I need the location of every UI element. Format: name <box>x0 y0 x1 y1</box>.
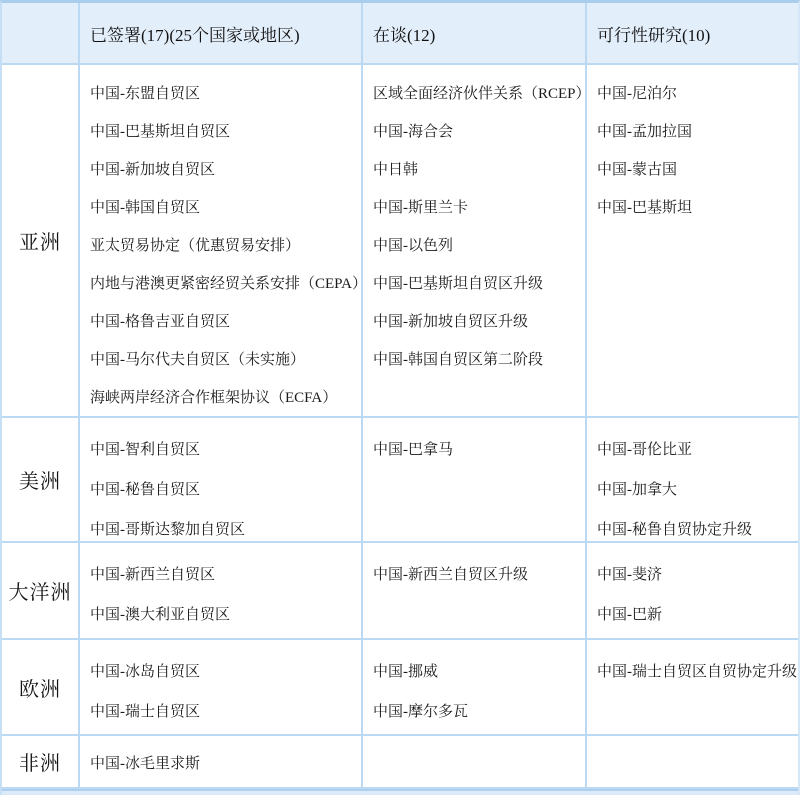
negotiating-cell-asia: 区域全面经济伙伴关系（RCEP） 中国-海合会 中日韩 中国-斯里兰卡 中国-以… <box>363 65 587 416</box>
feasibility-cell-oceania: 中国-斐济 中国-巴新 <box>587 543 798 638</box>
fta-item: 中国-孟加拉国 <box>597 111 794 149</box>
fta-item: 中国-新西兰自贸区升级 <box>373 553 581 593</box>
fta-item: 中国-智利自贸区 <box>90 428 357 468</box>
region-row-oceania: 大洋洲 中国-新西兰自贸区 中国-澳大利亚自贸区 中国-新西兰自贸区升级 中国-… <box>2 543 798 640</box>
fta-item: 中国-新加坡自贸区 <box>90 149 357 187</box>
header-row: 已签署(17)(25个国家或地区) 在谈(12) 可行性研究(10) <box>2 3 798 65</box>
feasibility-cell-europe: 中国-瑞士自贸区自贸协定升级 <box>587 640 798 734</box>
feasibility-cell-africa <box>587 736 798 787</box>
fta-item: 中国-瑞士自贸区自贸协定升级 <box>597 650 794 690</box>
fta-item: 中国-新西兰自贸区 <box>90 553 357 593</box>
negotiating-cell-europe: 中国-挪威 中国-摩尔多瓦 <box>363 640 587 734</box>
fta-item: 内地与港澳更紧密经贸关系安排（CEPA） <box>90 263 357 301</box>
fta-item: 中国-新加坡自贸区升级 <box>373 301 581 339</box>
fta-item: 中国-哥斯达黎加自贸区 <box>90 508 357 541</box>
negotiating-cell-americas: 中国-巴拿马 <box>363 418 587 541</box>
fta-item: 中国-斐济 <box>597 553 794 593</box>
fta-item: 中国-巴拿马 <box>373 428 581 468</box>
region-label-oceania: 大洋洲 <box>2 543 80 638</box>
fta-item: 中国-挪威 <box>373 650 581 690</box>
region-row-europe: 欧洲 中国-冰岛自贸区 中国-瑞士自贸区 中国-挪威 中国-摩尔多瓦 中国-瑞士… <box>2 640 798 736</box>
fta-item: 中国-以色列 <box>373 225 581 263</box>
signed-cell-americas: 中国-智利自贸区 中国-秘鲁自贸区 中国-哥斯达黎加自贸区 <box>80 418 363 541</box>
region-label-asia: 亚洲 <box>2 65 80 416</box>
fta-item: 中国-巴基斯坦自贸区升级 <box>373 263 581 301</box>
fta-item: 中国-巴新 <box>597 593 794 633</box>
fta-item: 中国-秘鲁自贸协定升级 <box>597 508 794 541</box>
fta-item: 中国-斯里兰卡 <box>373 187 581 225</box>
region-label-americas: 美洲 <box>2 418 80 541</box>
fta-item: 中国-澳大利亚自贸区 <box>90 593 357 633</box>
fta-item: 中国-加拿大 <box>597 468 794 508</box>
header-negotiating: 在谈(12) <box>363 3 587 63</box>
fta-item: 中国-马尔代夫自贸区（未实施） <box>90 339 357 377</box>
bottom-margin-strip <box>2 789 798 795</box>
fta-item: 海峡两岸经济合作框架协议（ECFA） <box>90 377 357 415</box>
fta-item: 中国-蒙古国 <box>597 149 794 187</box>
fta-item: 中国-冰毛里求斯 <box>90 742 357 782</box>
fta-item: 中国-尼泊尔 <box>597 73 794 111</box>
fta-item: 中国-格鲁吉亚自贸区 <box>90 301 357 339</box>
region-row-americas: 美洲 中国-智利自贸区 中国-秘鲁自贸区 中国-哥斯达黎加自贸区 中国-巴拿马 … <box>2 418 798 543</box>
header-region-cell <box>2 3 80 63</box>
signed-cell-asia: 中国-东盟自贸区 中国-巴基斯坦自贸区 中国-新加坡自贸区 中国-韩国自贸区 亚… <box>80 65 363 416</box>
header-signed: 已签署(17)(25个国家或地区) <box>80 3 363 63</box>
fta-item: 中国-韩国自贸区 <box>90 187 357 225</box>
fta-item: 中国-韩国自贸区第二阶段 <box>373 339 581 377</box>
fta-item: 中国-摩尔多瓦 <box>373 690 581 730</box>
feasibility-cell-americas: 中国-哥伦比亚 中国-加拿大 中国-秘鲁自贸协定升级 <box>587 418 798 541</box>
feasibility-cell-asia: 中国-尼泊尔 中国-孟加拉国 中国-蒙古国 中国-巴基斯坦 <box>587 65 798 416</box>
fta-status-table: 已签署(17)(25个国家或地区) 在谈(12) 可行性研究(10) 亚洲 中国… <box>0 0 800 795</box>
region-row-asia: 亚洲 中国-东盟自贸区 中国-巴基斯坦自贸区 中国-新加坡自贸区 中国-韩国自贸… <box>2 65 798 418</box>
fta-item: 中国-冰岛自贸区 <box>90 650 357 690</box>
signed-cell-europe: 中国-冰岛自贸区 中国-瑞士自贸区 <box>80 640 363 734</box>
fta-item: 中国-巴基斯坦自贸区 <box>90 111 357 149</box>
signed-cell-africa: 中国-冰毛里求斯 <box>80 736 363 787</box>
fta-item: 中国-海合会 <box>373 111 581 149</box>
negotiating-cell-africa <box>363 736 587 787</box>
fta-item: 中国-哥伦比亚 <box>597 428 794 468</box>
signed-cell-oceania: 中国-新西兰自贸区 中国-澳大利亚自贸区 <box>80 543 363 638</box>
fta-item: 中国-瑞士自贸区 <box>90 690 357 730</box>
fta-item: 中国-秘鲁自贸区 <box>90 468 357 508</box>
region-label-europe: 欧洲 <box>2 640 80 734</box>
fta-item: 中国-东盟自贸区 <box>90 73 357 111</box>
region-label-africa: 非洲 <box>2 736 80 787</box>
region-row-africa: 非洲 中国-冰毛里求斯 <box>2 736 798 789</box>
fta-item: 中国-巴基斯坦 <box>597 187 794 225</box>
fta-item: 区域全面经济伙伴关系（RCEP） <box>373 73 581 111</box>
fta-item: 中日韩 <box>373 149 581 187</box>
header-feasibility: 可行性研究(10) <box>587 3 798 63</box>
negotiating-cell-oceania: 中国-新西兰自贸区升级 <box>363 543 587 638</box>
fta-item: 亚太贸易协定（优惠贸易安排） <box>90 225 357 263</box>
